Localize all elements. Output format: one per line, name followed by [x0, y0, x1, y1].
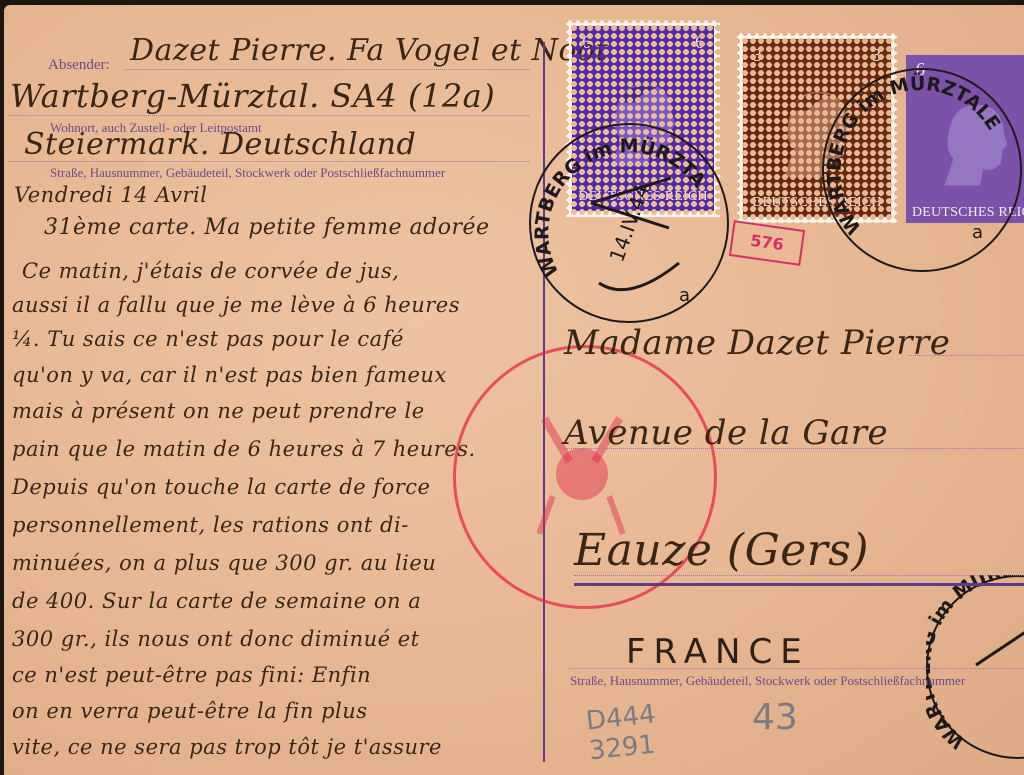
svg-text:a: a — [679, 285, 690, 306]
stamp-denomination: 3 — [872, 45, 881, 66]
postmark-wartberg-2: WARTBERG im MÜRZTALE a — [822, 68, 1022, 272]
letter-line: personnellement, les rations ont di- — [12, 513, 409, 537]
letter-date: Vendredi 14 Avril — [14, 183, 207, 207]
absender-label: Absender: — [48, 57, 110, 74]
stamp-denomination: 3 — [753, 45, 762, 66]
letter-line: minuées, on a plus que 300 gr. au lieu — [12, 551, 436, 575]
pencil-note-number: 43 — [752, 697, 798, 738]
letter-line: Ce matin, j'étais de corvée de jus, — [22, 259, 399, 283]
censor-number-box: 576 — [729, 220, 805, 266]
pencil-note-2: 3291 — [588, 730, 657, 764]
letter-line: aussi il a fallu que je me lève à 6 heur… — [12, 293, 460, 317]
postmark-ring-text: WARTBERG im MÜRZTALE a — [822, 68, 1018, 268]
sender-name-handwritten: Dazet Pierre. Fa Vogel et Noot — [130, 33, 608, 68]
strasse-label: Straße, Hausnummer, Gebäudeteil, Stockwe… — [50, 165, 445, 181]
sender-town-handwritten: Wartberg-Mürztal. SA4 (12a) — [10, 77, 495, 115]
recipient-name: Madame Dazet Pierre — [564, 323, 950, 363]
letter-line: on en verra peut-être la fin plus — [12, 699, 368, 723]
letter-line: qu'on y va, car il n'est pas bien fameux — [12, 363, 447, 387]
letter-line: 31ème carte. Ma petite femme adorée — [44, 215, 490, 240]
recipient-strasse-label: Straße, Hausnummer, Gebäudeteil, Stockwe… — [570, 673, 965, 689]
sender-region-handwritten: Steiermark. Deutschland — [24, 127, 416, 162]
postmark-ring-text: WARTBERG im MÜRZTALE — [926, 575, 1024, 755]
svg-text:14.IV.44: 14.IV.44 — [604, 181, 654, 265]
svg-text:a: a — [972, 222, 983, 243]
letter-line: ce n'est peut-être pas fini: Enfin — [12, 663, 371, 687]
letter-line: pain que le matin de 6 heures à 7 heures… — [12, 437, 476, 461]
recipient-country: FRANCE — [626, 632, 810, 672]
postcard: Absender: Dazet Pierre. Fa Vogel et Noot… — [4, 5, 1024, 764]
recipient-street: Avenue de la Gare — [564, 413, 888, 453]
svg-text:WARTBERG im MÜRZTALE: WARTBERG im MÜRZTALE — [823, 71, 1004, 238]
address-rule — [574, 583, 1024, 586]
postmark-wartberg-3: WARTBERG im MÜRZTALE — [926, 575, 1024, 759]
letter-line: vite, ce ne sera pas trop tôt je t'assur… — [12, 735, 442, 759]
letter-line: 300 gr., ils nous ont donc diminué et — [12, 627, 420, 651]
postmark-wartberg-1: WARTBERG im MÜRZTALE 14.IV.44 a — [529, 123, 729, 323]
letter-line: de 400. Sur la carte de semaine on a — [12, 589, 421, 613]
letter-line: mais à présent on ne peut prendre le — [12, 399, 425, 423]
recipient-city: Eauze (Gers) — [574, 525, 869, 576]
letter-line: Depuis qu'on touche la carte de force — [12, 475, 430, 499]
svg-text:WARTBERG im MÜRZTALE: WARTBERG im MÜRZTALE — [926, 575, 1024, 753]
stamp-denomination: 6 — [582, 32, 591, 53]
recipient-dotline-4 — [569, 668, 1024, 669]
stamp-denomination: 6 — [695, 32, 704, 53]
postmark-ring-text: WARTBERG im MÜRZTALE 14.IV.44 a — [529, 123, 725, 319]
wohnort-dotline — [8, 115, 529, 116]
absender-dotline — [124, 69, 529, 70]
letter-line: ¼. Tu sais ce n'est pas pour le café — [12, 327, 404, 351]
